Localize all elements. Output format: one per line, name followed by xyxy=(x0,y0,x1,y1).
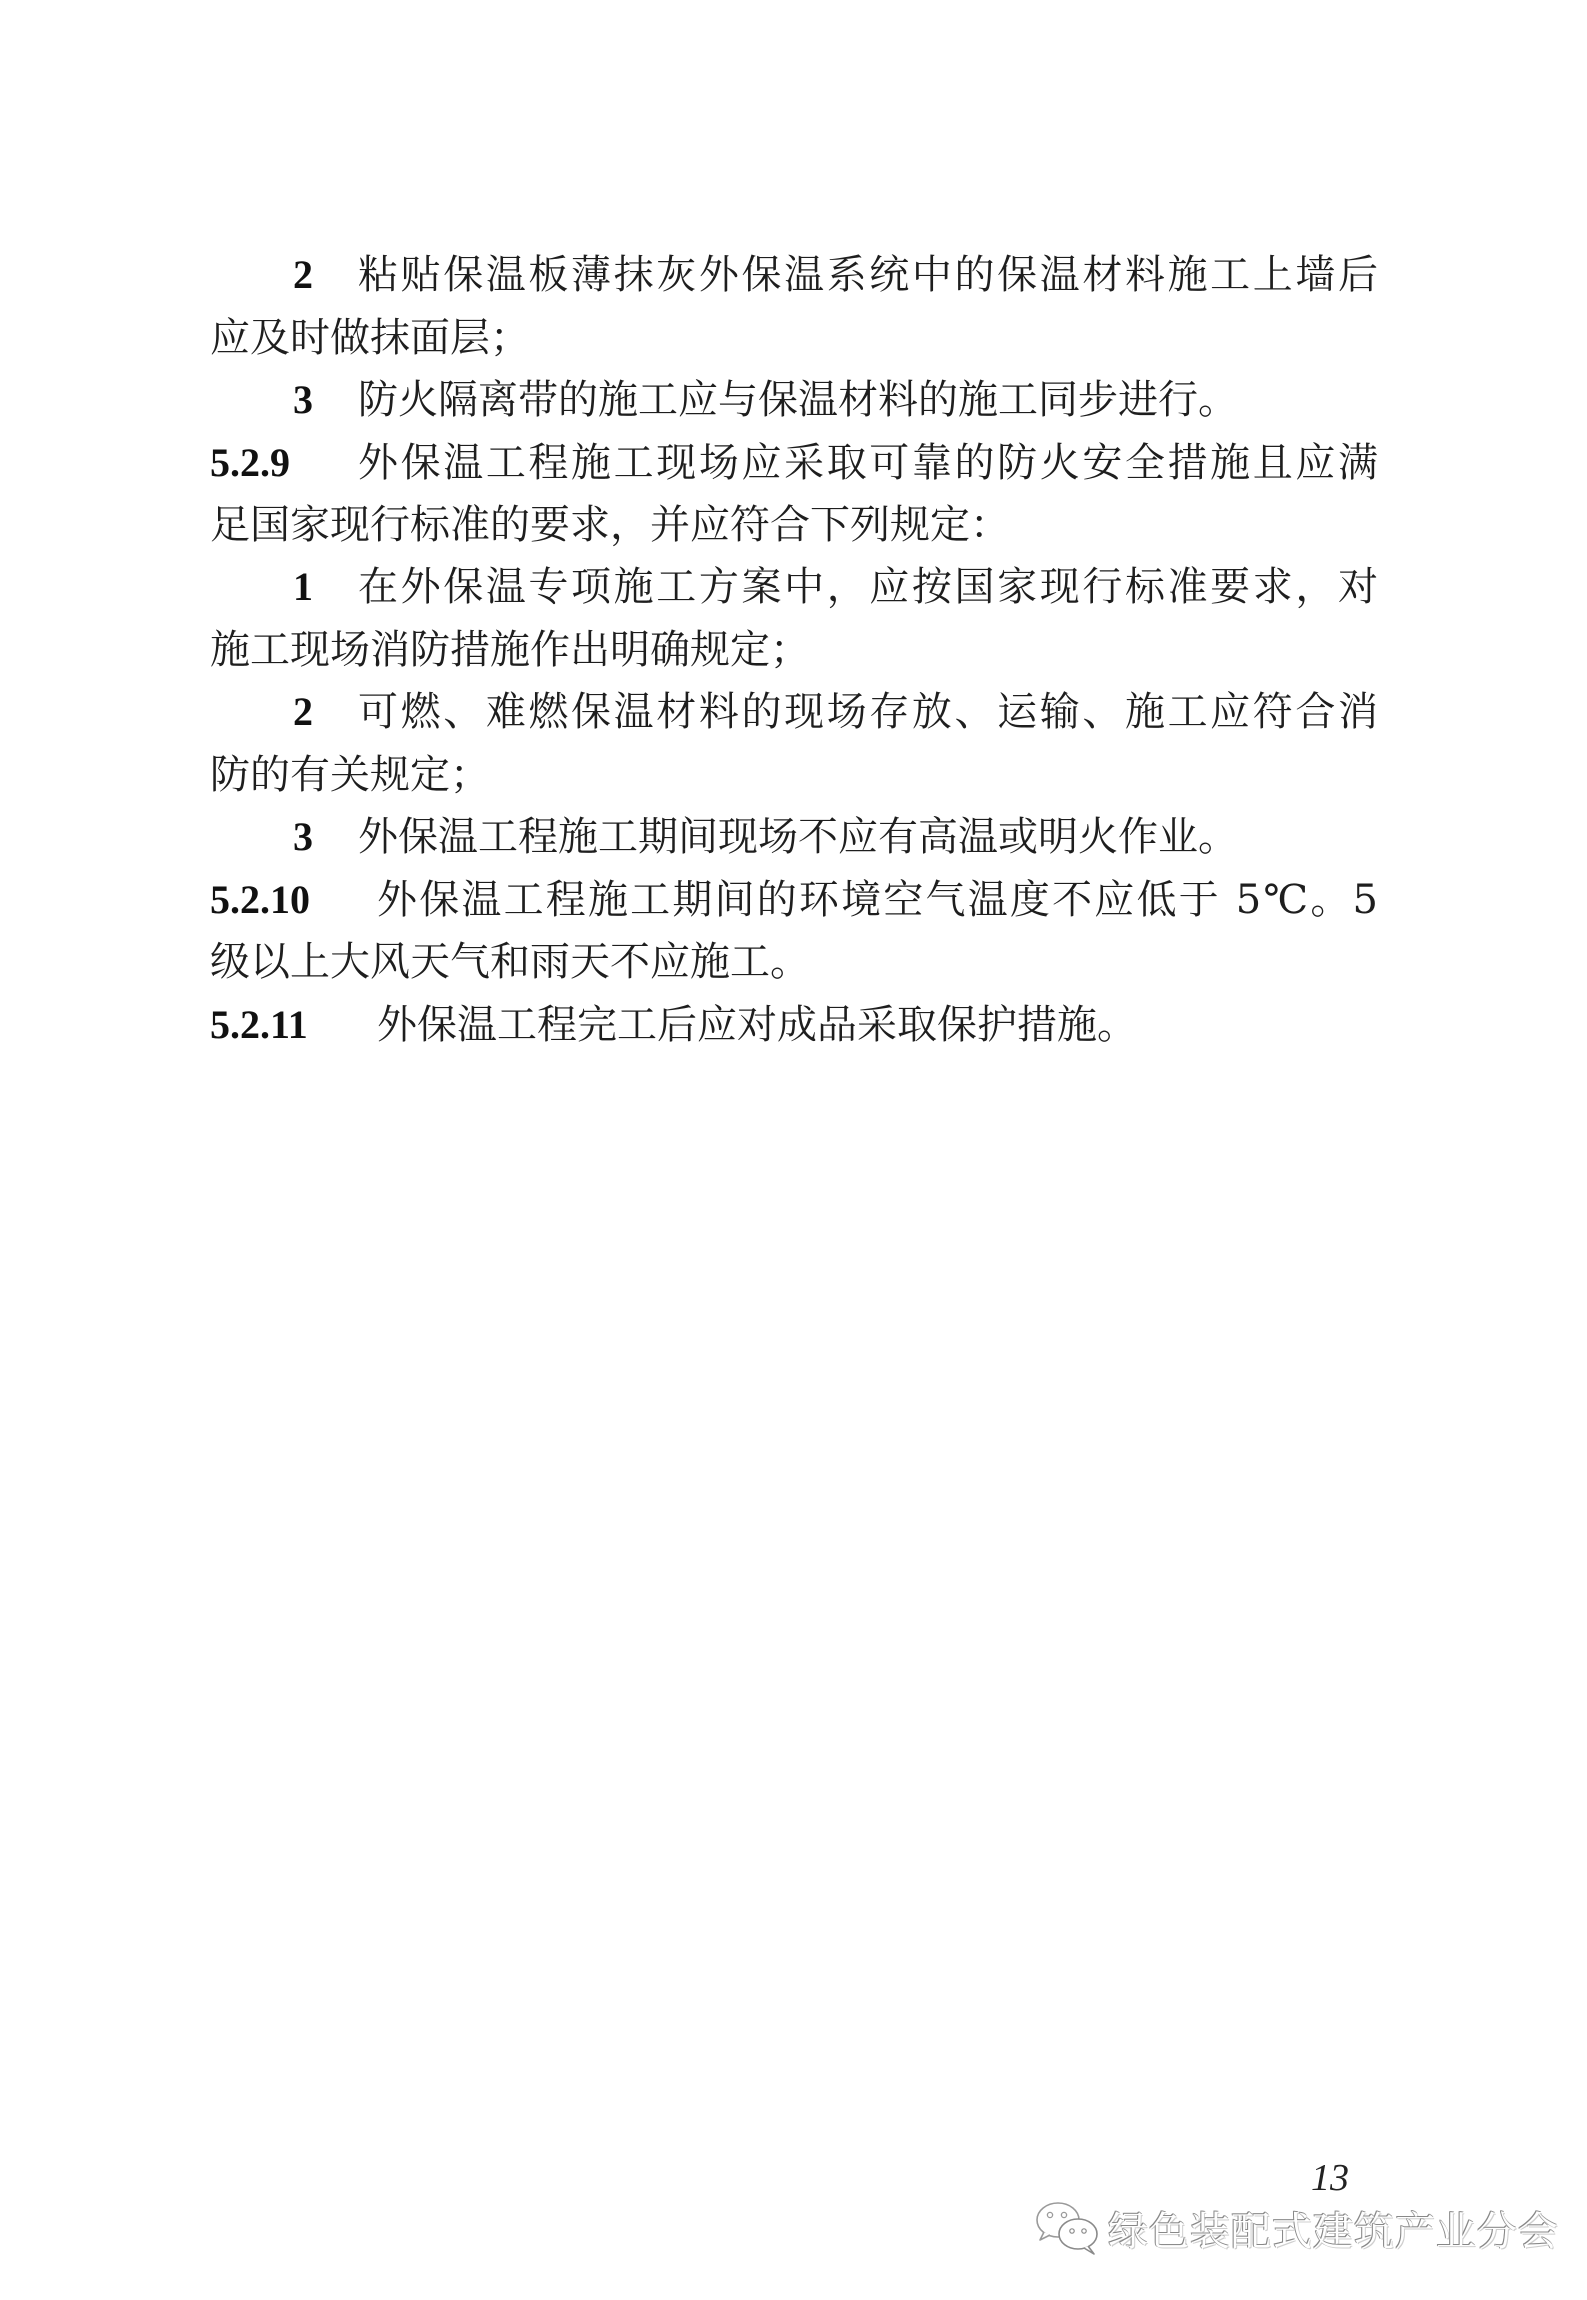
item-number: 3 xyxy=(293,369,313,431)
document-page: 2 粘贴保温板薄抹灰外保温系统中的保温材料施工上墙后 应及时做抹面层； 3 防火… xyxy=(0,0,1587,2300)
clause-number: 5.2.10 xyxy=(210,869,310,931)
clause-text: 外保温工程施工现场应采取可靠的防火安全措施且应满 xyxy=(358,432,1378,494)
continuation-text: 施工现场消防措施作出明确规定； xyxy=(210,619,1378,681)
clause-line: 5.2.9 外保温工程施工现场应采取可靠的防火安全措施且应满 xyxy=(210,432,1378,494)
item-text: 可燃、难燃保温材料的现场存放、运输、施工应符合消 xyxy=(358,681,1378,743)
page-number: 13 xyxy=(1311,2156,1349,2200)
item-number: 2 xyxy=(293,244,313,306)
continuation-text: 级以上大风天气和雨天不应施工。 xyxy=(210,931,1378,993)
item-text: 粘贴保温板薄抹灰外保温系统中的保温材料施工上墙后 xyxy=(358,244,1378,306)
continuation-line: 施工现场消防措施作出明确规定； xyxy=(210,619,1378,681)
clause-text: 外保温工程完工后应对成品采取保护措施。 xyxy=(377,994,1378,1056)
clause-number: 5.2.11 xyxy=(210,994,308,1056)
continuation-line: 足国家现行标准的要求，并应符合下列规定： xyxy=(210,494,1378,556)
item-text: 防火隔离带的施工应与保温材料的施工同步进行。 xyxy=(358,369,1378,431)
clause-line: 5.2.10 外保温工程施工期间的环境空气温度不应低于 5℃。5 xyxy=(210,869,1378,931)
continuation-text: 防的有关规定； xyxy=(210,744,1378,806)
watermark-text: 绿色装配式建筑产业分会 xyxy=(1108,2200,1559,2257)
continuation-text: 应及时做抹面层； xyxy=(210,307,1378,369)
clause-number: 5.2.9 xyxy=(210,432,290,494)
item-text: 在外保温专项施工方案中，应按国家现行标准要求，对 xyxy=(358,556,1378,618)
clause-line: 5.2.11 外保温工程完工后应对成品采取保护措施。 xyxy=(210,994,1378,1056)
clause-text: 外保温工程施工期间的环境空气温度不应低于 5℃。5 xyxy=(377,869,1378,931)
item-line: 2 可燃、难燃保温材料的现场存放、运输、施工应符合消 xyxy=(210,681,1378,743)
item-line: 3 外保温工程施工期间现场不应有高温或明火作业。 xyxy=(210,806,1378,868)
item-text: 外保温工程施工期间现场不应有高温或明火作业。 xyxy=(358,806,1378,868)
item-line: 3 防火隔离带的施工应与保温材料的施工同步进行。 xyxy=(210,369,1378,431)
item-line: 2 粘贴保温板薄抹灰外保温系统中的保温材料施工上墙后 xyxy=(210,244,1378,306)
continuation-line: 应及时做抹面层； xyxy=(210,307,1378,369)
item-number: 2 xyxy=(293,681,313,743)
watermark: 绿色装配式建筑产业分会 xyxy=(1034,2200,1559,2256)
item-line: 1 在外保温专项施工方案中，应按国家现行标准要求，对 xyxy=(210,556,1378,618)
continuation-text: 足国家现行标准的要求，并应符合下列规定： xyxy=(210,494,1378,556)
wechat-icon xyxy=(1034,2200,1104,2256)
item-number: 1 xyxy=(293,556,313,618)
item-number: 3 xyxy=(293,806,313,868)
continuation-line: 防的有关规定； xyxy=(210,744,1378,806)
continuation-line: 级以上大风天气和雨天不应施工。 xyxy=(210,931,1378,993)
